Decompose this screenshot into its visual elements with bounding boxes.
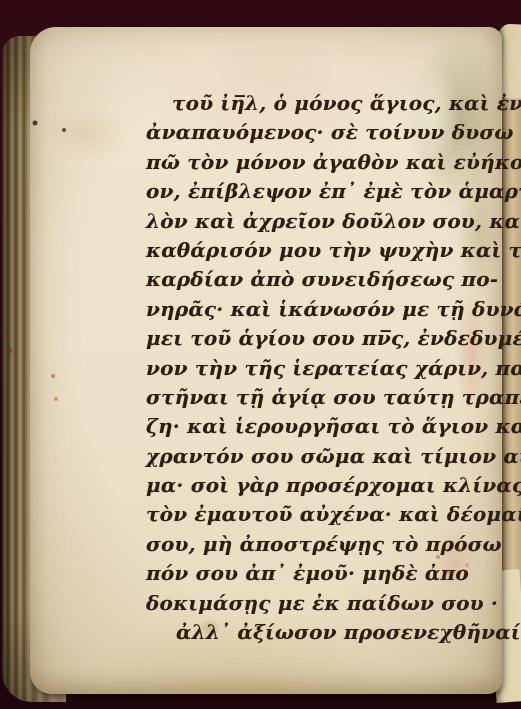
text-block: τοῦ ἰη̅λ, ὁ μόνος ἅγιος, καὶ ἐν ἁγίοις ἀ… bbox=[146, 91, 518, 649]
text-line: ον, ἐπίβλεψον ἐπ᾽ ἐμὲ τὸν ἁμαρτω bbox=[146, 179, 518, 208]
text-line: νον τὴν τῆς ἱερατείας χάριν, παρα bbox=[146, 356, 518, 385]
ink-and-red-speckles bbox=[0, 0, 2, 2]
text-line: τὸν ἐμαυτοῦ αὐχένα· καὶ δέομαί bbox=[146, 502, 518, 531]
text-line: πόν σου ἀπ᾽ ἐμοῦ· μηδὲ ἀπο bbox=[146, 561, 518, 590]
text-line: δοκιμάσῃς με ἐκ παίδων σου · bbox=[146, 591, 518, 620]
text-line: καθάρισόν μου τὴν ψυχὴν καὶ τὴν bbox=[146, 238, 518, 267]
text-line: σου, μὴ ἀποστρέψῃς τὸ πρόσω bbox=[146, 532, 518, 561]
text-line: ἀλλ᾽ ἀξίωσον προσενεχθῆναί σοι bbox=[176, 620, 518, 649]
text-line: ζη· καὶ ἱερουργῆσαι τὸ ἅγιον καὶ ἄ bbox=[146, 414, 518, 443]
text-line: τοῦ ἰη̅λ, ὁ μόνος ἅγιος, καὶ ἐν ἁγίοις bbox=[172, 91, 518, 120]
text-line: πῶ τὸν μόνον ἀγαθὸν καὶ εὐήκο bbox=[146, 150, 518, 179]
manuscript-page: τοῦ ἰη̅λ, ὁ μόνος ἅγιος, καὶ ἐν ἁγίοις ἀ… bbox=[30, 27, 502, 694]
text-line: μει τοῦ ἁγίου σου πν̅ς, ἐνδεδυμέ bbox=[146, 326, 518, 355]
text-line: καρδίαν ἀπὸ συνειδήσεως πο- bbox=[146, 267, 518, 296]
text-line: χραντόν σου σῶμα καὶ τίμιον αἷ bbox=[146, 444, 518, 473]
text-line: στῆναι τῇ ἁγίᾳ σου ταύτῃ τραπέ bbox=[146, 385, 518, 414]
text-line: λὸν καὶ ἀχρεῖον δοῦλον σου, καὶ bbox=[146, 209, 518, 238]
text-line: ἀναπαυόμενος· σὲ τοίνυν δυσω bbox=[146, 120, 518, 149]
text-line: νηρᾶς· καὶ ἱκάνωσόν με τῇ δυνά bbox=[146, 297, 518, 326]
text-line: μα· σοὶ γὰρ προσέρχομαι κλίνας bbox=[146, 473, 518, 502]
